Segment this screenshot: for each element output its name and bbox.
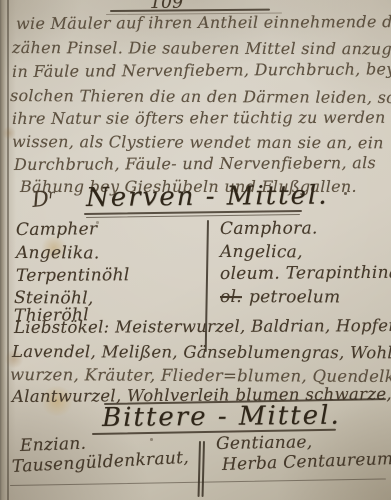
page-number-rule xyxy=(110,9,270,12)
intro-line: ihre Natur sie öfters eher tüchtig zu we… xyxy=(12,108,386,128)
notes-line: Liebstökel: Meisterwurzel, Baldrian, Hop… xyxy=(14,316,391,337)
intro-line: in Fäule und Nervenfiebern, Durchbruch, … xyxy=(12,59,391,81)
right-col-item-struck-row: ol.petroelum xyxy=(220,287,340,307)
manuscript-page: 109 wie Mäuler auf ihren Antheil einnehm… xyxy=(0,0,391,500)
section-mark: Dʳ xyxy=(31,186,58,212)
section1-heading: Nerven - Mittel. xyxy=(86,180,329,213)
intro-line: zähen Pinsel. Die sauberen Mittel sind a… xyxy=(12,38,391,58)
section2-heading: Bittere - Mittel. xyxy=(102,401,341,433)
column-divider-double-b xyxy=(202,441,205,497)
column-divider-double-a xyxy=(198,441,201,497)
intro-line: solchen Thieren die an den Därmen leiden… xyxy=(10,86,391,107)
right-col-item: Camphora. xyxy=(220,218,318,239)
left-col-item: Angelika. xyxy=(16,243,100,263)
section1-underline2 xyxy=(86,214,300,218)
right-col-item: oleum. Terapinthinae xyxy=(220,263,391,284)
intro-line: wie Mäuler auf ihren Antheil einnehmende… xyxy=(16,12,391,33)
ink-speck xyxy=(150,438,153,441)
right-col-item: Angelica, xyxy=(220,242,303,262)
margin-line xyxy=(7,0,9,500)
intro-line: Durchbruch, Fäule- und Nervenfiebern, al… xyxy=(14,153,376,174)
notes-line: Lavendel, Melißen, Gänseblumengras, Wohl… xyxy=(12,342,391,362)
left-col-item: Terpentinöhl xyxy=(16,265,130,286)
intro-line: wissen, als Clystiere wendet man sie an,… xyxy=(12,132,384,152)
right-col-item: petroelum xyxy=(249,287,340,307)
notes-line: wurzen, Kräuter, Flieder=blumen, Quendel… xyxy=(10,365,391,386)
left-col-item: Campher xyxy=(16,219,98,240)
right-col-item: Gentianae, xyxy=(216,432,313,454)
struck-word: ol. xyxy=(220,287,242,307)
